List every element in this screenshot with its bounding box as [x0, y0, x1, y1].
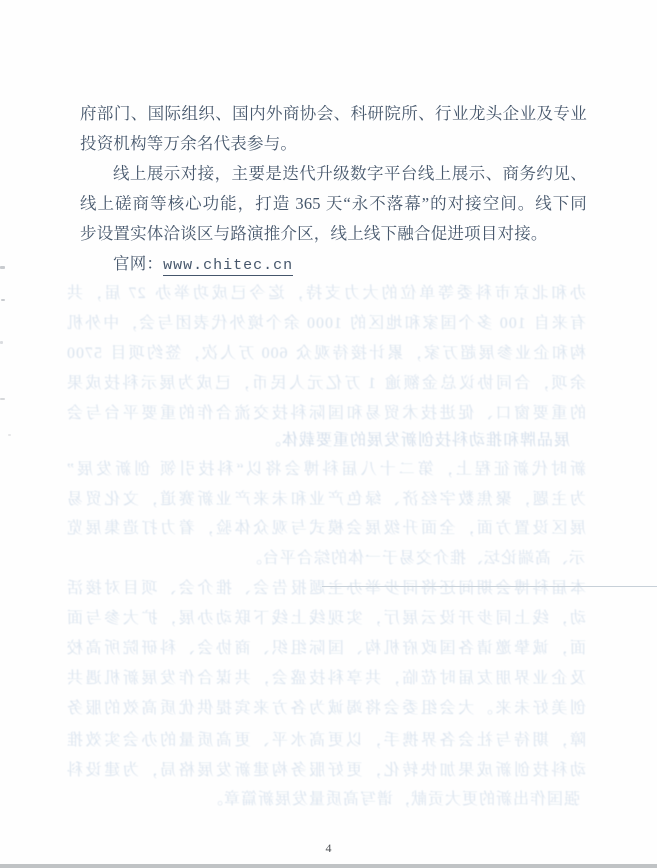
bleedthrough-line: 示、高端论坛、推介交易于一体的综合平台。 — [170, 548, 585, 570]
bleedthrough-line: 动，线上同步开设云展厅，实现线上线下联动办展，扩大参与面 — [66, 608, 586, 630]
scanned-document-page: 办和北京市科委等单位的大力支持，迄今已成功举办 27 届，共有来自 100 多个… — [0, 0, 657, 868]
paragraph2-line3: 步设置实体洽谈区与路演推介区，线上线下融合促进项目对接。 — [80, 219, 587, 249]
paragraph1-line1: 府部门、国际组织、国内外商协会、科研院所、行业龙头企业及专业 — [80, 99, 587, 129]
bleedthrough-underline-rule — [322, 586, 657, 587]
paragraph2-line1: 线上展示对接，主要是迭代升级数字平台线上展示、商务约见、 — [80, 159, 587, 189]
bleedthrough-line: 展区设置方面，全面升级展会模式与观众体验，着力打造集展览 — [66, 518, 586, 540]
scan-speck — [1, 299, 5, 301]
bleedthrough-line: 本届科博会期间还将同步举办主题报告会、推介会、项目对接活 — [66, 578, 586, 600]
bleedthrough-line: 有来自 100 多个国家和地区的 1000 余个境外代表团与会，中外机 — [66, 313, 586, 335]
website-line: 官网：www.chitec.cn — [80, 249, 587, 279]
bleedthrough-line: 创美好未来。大会组委会将竭诚为各方来宾提供优质高效的服务 — [66, 698, 586, 720]
bleedthrough-line: 为主题，聚焦数字经济、绿色产业和未来产业新赛道，文化贸易 — [66, 489, 586, 511]
bleedthrough-line: 办和北京市科委等单位的大力支持，迄今已成功举办 27 届，共 — [66, 283, 586, 305]
scan-speck — [0, 398, 5, 400]
document-body-text: 府部门、国际组织、国内外商协会、科研院所、行业龙头企业及专业 投资机构等万余名代… — [80, 99, 587, 279]
bleedthrough-line: 面，诚挚邀请各国政府机构、国际组织、商协会、科研院所高校 — [66, 638, 586, 660]
scan-speck — [0, 266, 5, 269]
bleedthrough-line: 新时代新征程上，第二十八届科博会将以“科技引领 创新发展” — [66, 459, 586, 481]
paragraph2-line2: 线上磋商等核心功能，打造 365 天“永不落幕”的对接空间。线下同 — [80, 189, 587, 219]
website-url: www.chitec.cn — [163, 257, 293, 276]
bleedthrough-line: 展品牌和推动科技创新发展的重要载体。 — [247, 430, 570, 452]
website-label: 官网： — [113, 254, 163, 273]
bleedthrough-line: 及企业界朋友届时莅临，共享科技盛会，共谋合作发展新机遇共 — [66, 668, 586, 690]
bleedthrough-line: 的重要窗口、促进技术贸易和国际科技交流合作的重要平台与会 — [66, 403, 586, 425]
bleedthrough-line: 构和企业参展超万家，累计接待观众 600 万人次，签约项目 5700 — [66, 343, 586, 365]
bleedthrough-line: 障，期待与社会各界携手，以更高水平、更高质量的办会实效推 — [66, 730, 586, 752]
scan-speck — [0, 341, 3, 344]
bleedthrough-line: 强国作出新的更大贡献，谱写高质量发展新篇章。 — [80, 789, 580, 811]
bleedthrough-line: 余项，合同协议总金额逾 1 万亿元人民币，已成为展示科技成果 — [66, 373, 586, 395]
scan-speck — [8, 434, 11, 436]
bleedthrough-line: 动科技创新成果加快转化，更好服务构建新发展格局，为建设科 — [66, 760, 586, 782]
scan-bottom-edge — [0, 864, 657, 868]
paragraph1-line2: 投资机构等万余名代表参与。 — [80, 129, 587, 159]
page-number: 4 — [0, 841, 657, 856]
